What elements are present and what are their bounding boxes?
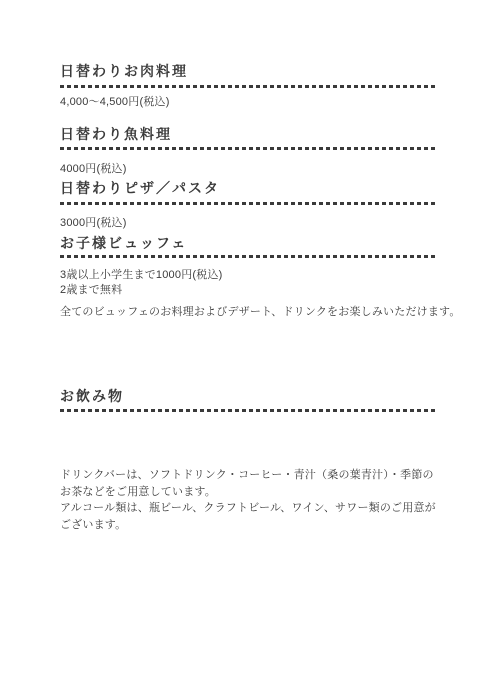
drinks-bar-note: ドリンクバーは、ソフトドリンク・コーヒー・青汁（桑の葉青汁）・季節のお茶などをご… [60,467,442,500]
section-heading-daily-pizza-pasta: 日替わりピザ／パスタ [60,180,220,196]
buffet-note: 全てのビュッフェのお料理およびデザート、ドリンクをお楽しみいただけます。 [60,305,461,320]
section-heading-daily-meat: 日替わりお肉料理 [60,63,188,79]
price-daily-meat: 4,000～4,500円(税込) [60,95,170,110]
section-heading-kids-buffet: お子様ビュッフェ [60,235,187,251]
price-kids-buffet: 3歳以上小学生まで1000円(税込) [60,268,223,283]
kids-buffet-prices: 3歳以上小学生まで1000円(税込) 2歳まで無料 [60,268,223,298]
price-daily-pizza-pasta: 3000円(税込) [60,216,127,231]
dashed-divider [60,202,438,205]
dashed-divider [60,409,438,412]
section-heading-daily-fish: 日替わり魚料理 [60,126,172,142]
dashed-divider [60,85,438,88]
section-heading-drinks: お飲み物 [60,388,124,404]
price-daily-fish: 4000円(税込) [60,162,127,177]
dashed-divider [60,255,438,258]
drinks-description: ドリンクバーは、ソフトドリンク・コーヒー・青汁（桑の葉青汁）・季節のお茶などをご… [60,467,442,533]
dashed-divider [60,147,438,150]
alcohol-note: アルコール類は、瓶ビール、クラフトビール、ワイン、サワー類のご用意がございます。 [60,500,442,533]
menu-page: 日替わりお肉料理 4,000～4,500円(税込) 日替わり魚料理 4000円(… [0,0,495,700]
price-kids-free: 2歳まで無料 [60,283,223,298]
